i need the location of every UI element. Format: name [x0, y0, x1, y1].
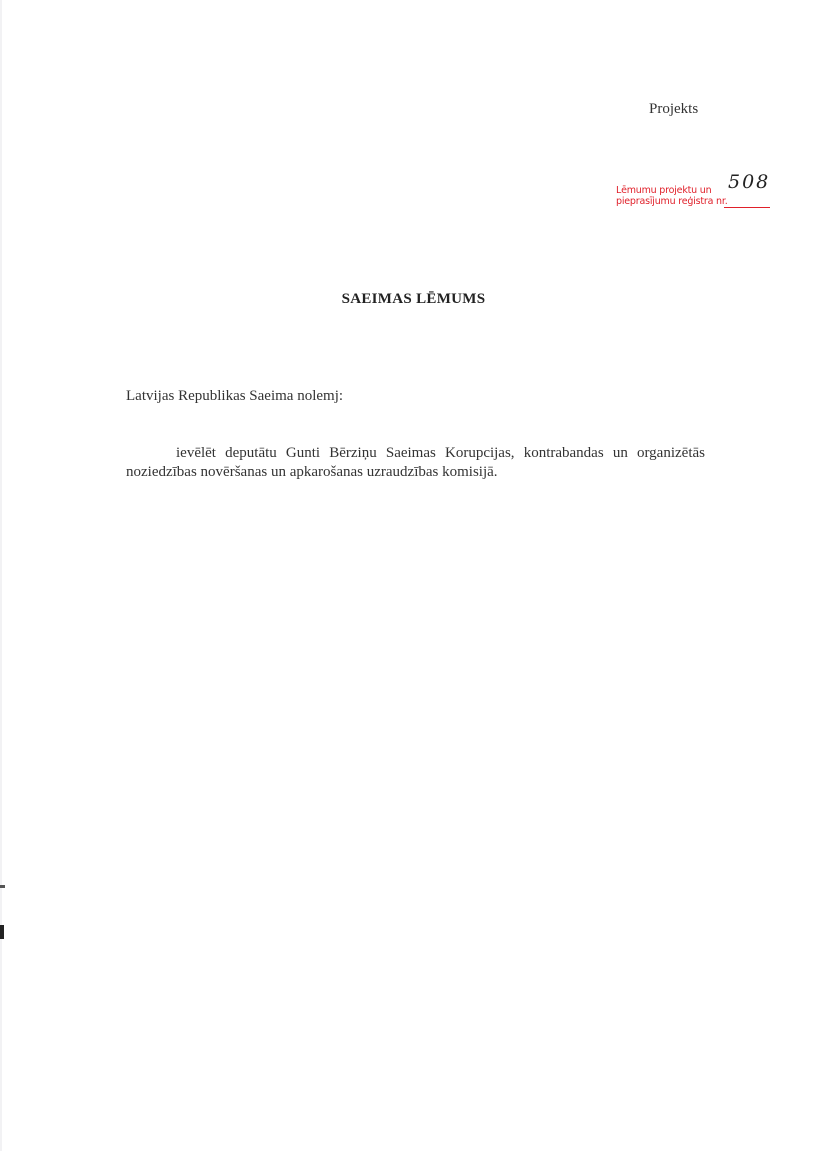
intro-text: Latvijas Republikas Saeima nolemj:: [126, 388, 343, 405]
scan-edge: [0, 0, 2, 1151]
registry-number: 508: [728, 177, 770, 188]
scan-mark: [0, 885, 5, 888]
decision-text: ievēlēt deputātu Gunti Bērziņu Saeimas K…: [126, 444, 705, 482]
stamp-underline: [724, 207, 770, 208]
draft-label: Projekts: [649, 101, 698, 118]
stamp-line-2: pieprasījumu reģistra nr.: [616, 196, 728, 207]
scan-mark: [0, 925, 4, 939]
document-title: SAEIMAS LĒMUMS: [0, 291, 827, 308]
registry-stamp: Lēmumu projektu un pieprasījumu reģistra…: [616, 185, 728, 207]
stamp-line-1: Lēmumu projektu un: [616, 185, 728, 196]
